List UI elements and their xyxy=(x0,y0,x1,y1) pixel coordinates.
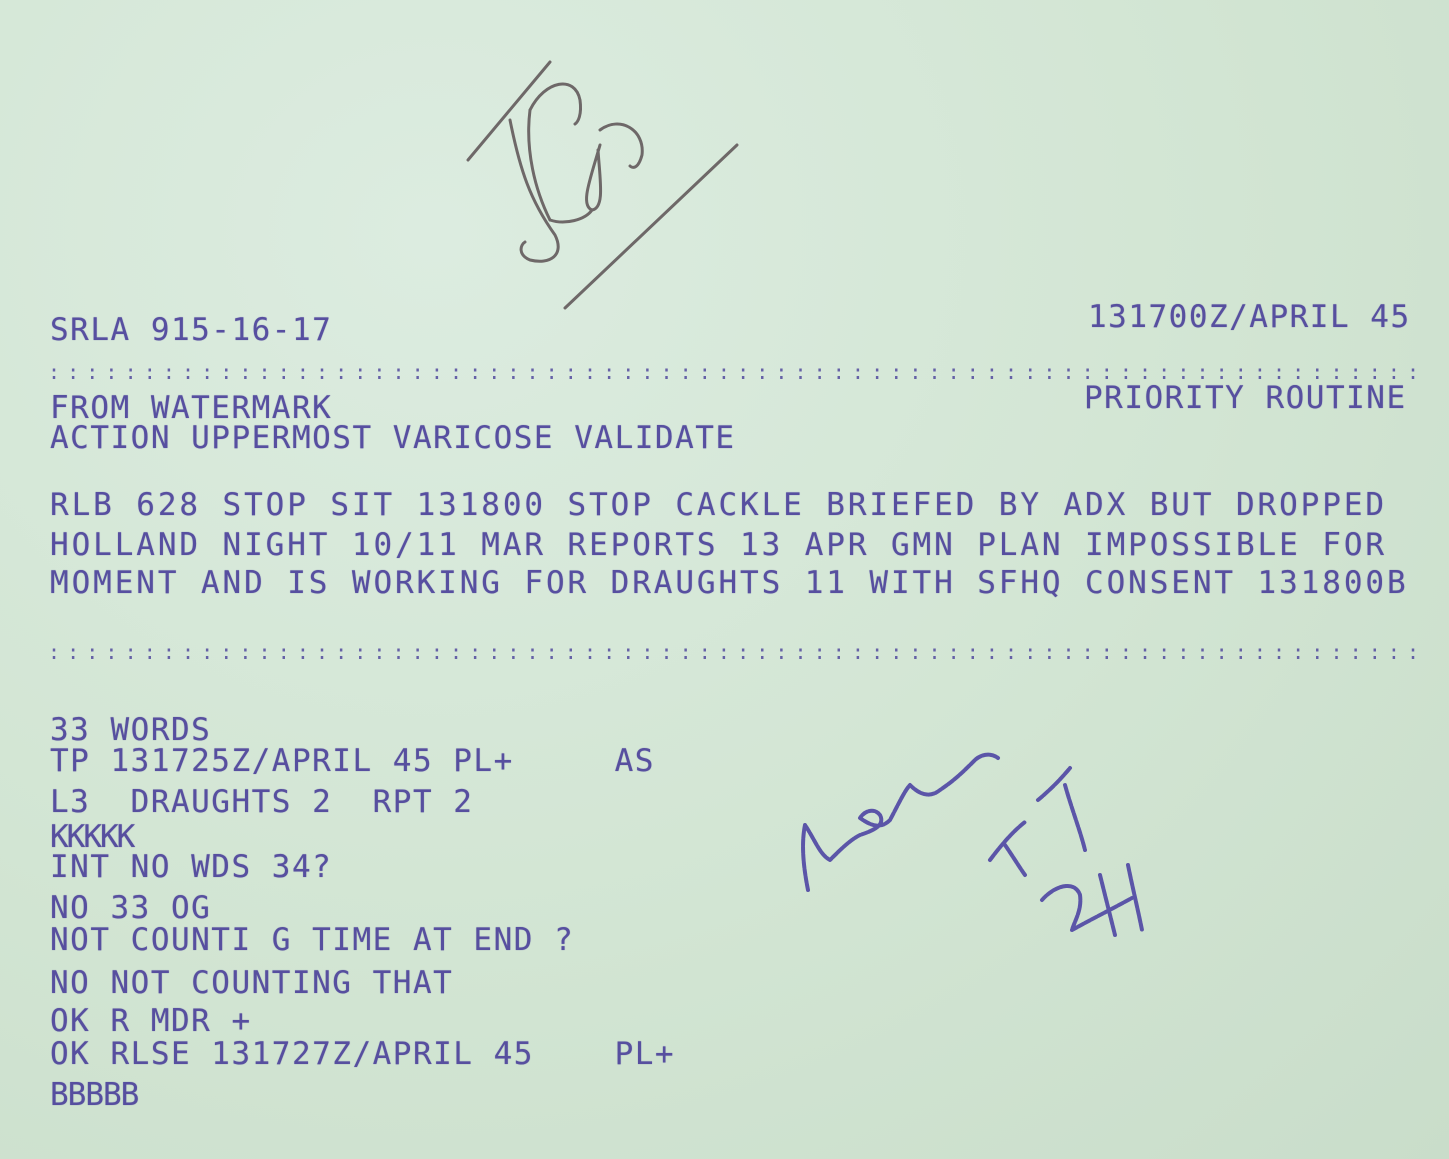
message-datetime: 131700Z/APRIL 45 xyxy=(1088,302,1411,333)
separator-line-top: ::::::::::::::::::::::::::::::::::::::::… xyxy=(48,362,1428,382)
message-serial: SRLA 915-16-17 xyxy=(50,315,332,346)
body-line: MOMENT AND IS WORKING FOR DRAUGHTS 11 WI… xyxy=(50,568,1409,599)
footer-line: NO NOT COUNTING THAT xyxy=(50,968,453,999)
footer-line: TP 131725Z/APRIL 45 PL+ AS xyxy=(50,746,655,777)
action-line: ACTION UPPERMOST VARICOSE VALIDATE xyxy=(50,423,736,454)
body-line: RLB 628 STOP SIT 131800 STOP CACKLE BRIE… xyxy=(50,490,1387,521)
footer-line: NOT COUNTI G TIME AT END ? xyxy=(50,925,574,956)
footer-line: NO 33 OG xyxy=(50,893,211,924)
document-page: SRLA 915-16-17 131700Z/APRIL 45 ::::::::… xyxy=(0,0,1449,1159)
word-count: 33 WORDS xyxy=(50,715,211,746)
footer-end-marker: BBBBB xyxy=(50,1080,138,1111)
footer-line: OK R MDR + xyxy=(50,1006,252,1037)
handwritten-note-annotation xyxy=(780,730,1180,960)
footer-line: OK RLSE 131727Z/APRIL 45 PL+ xyxy=(50,1039,675,1070)
footer-line: L3 DRAUGHTS 2 RPT 2 xyxy=(50,787,473,818)
priority-line: PRIORITY ROUTINE xyxy=(1084,383,1407,414)
footer-line: INT NO WDS 34? xyxy=(50,852,332,883)
separator-line-bottom: ::::::::::::::::::::::::::::::::::::::::… xyxy=(48,642,1428,662)
body-line: HOLLAND NIGHT 10/11 MAR REPORTS 13 APR G… xyxy=(50,530,1387,561)
pencil-initials-annotation xyxy=(450,50,770,320)
